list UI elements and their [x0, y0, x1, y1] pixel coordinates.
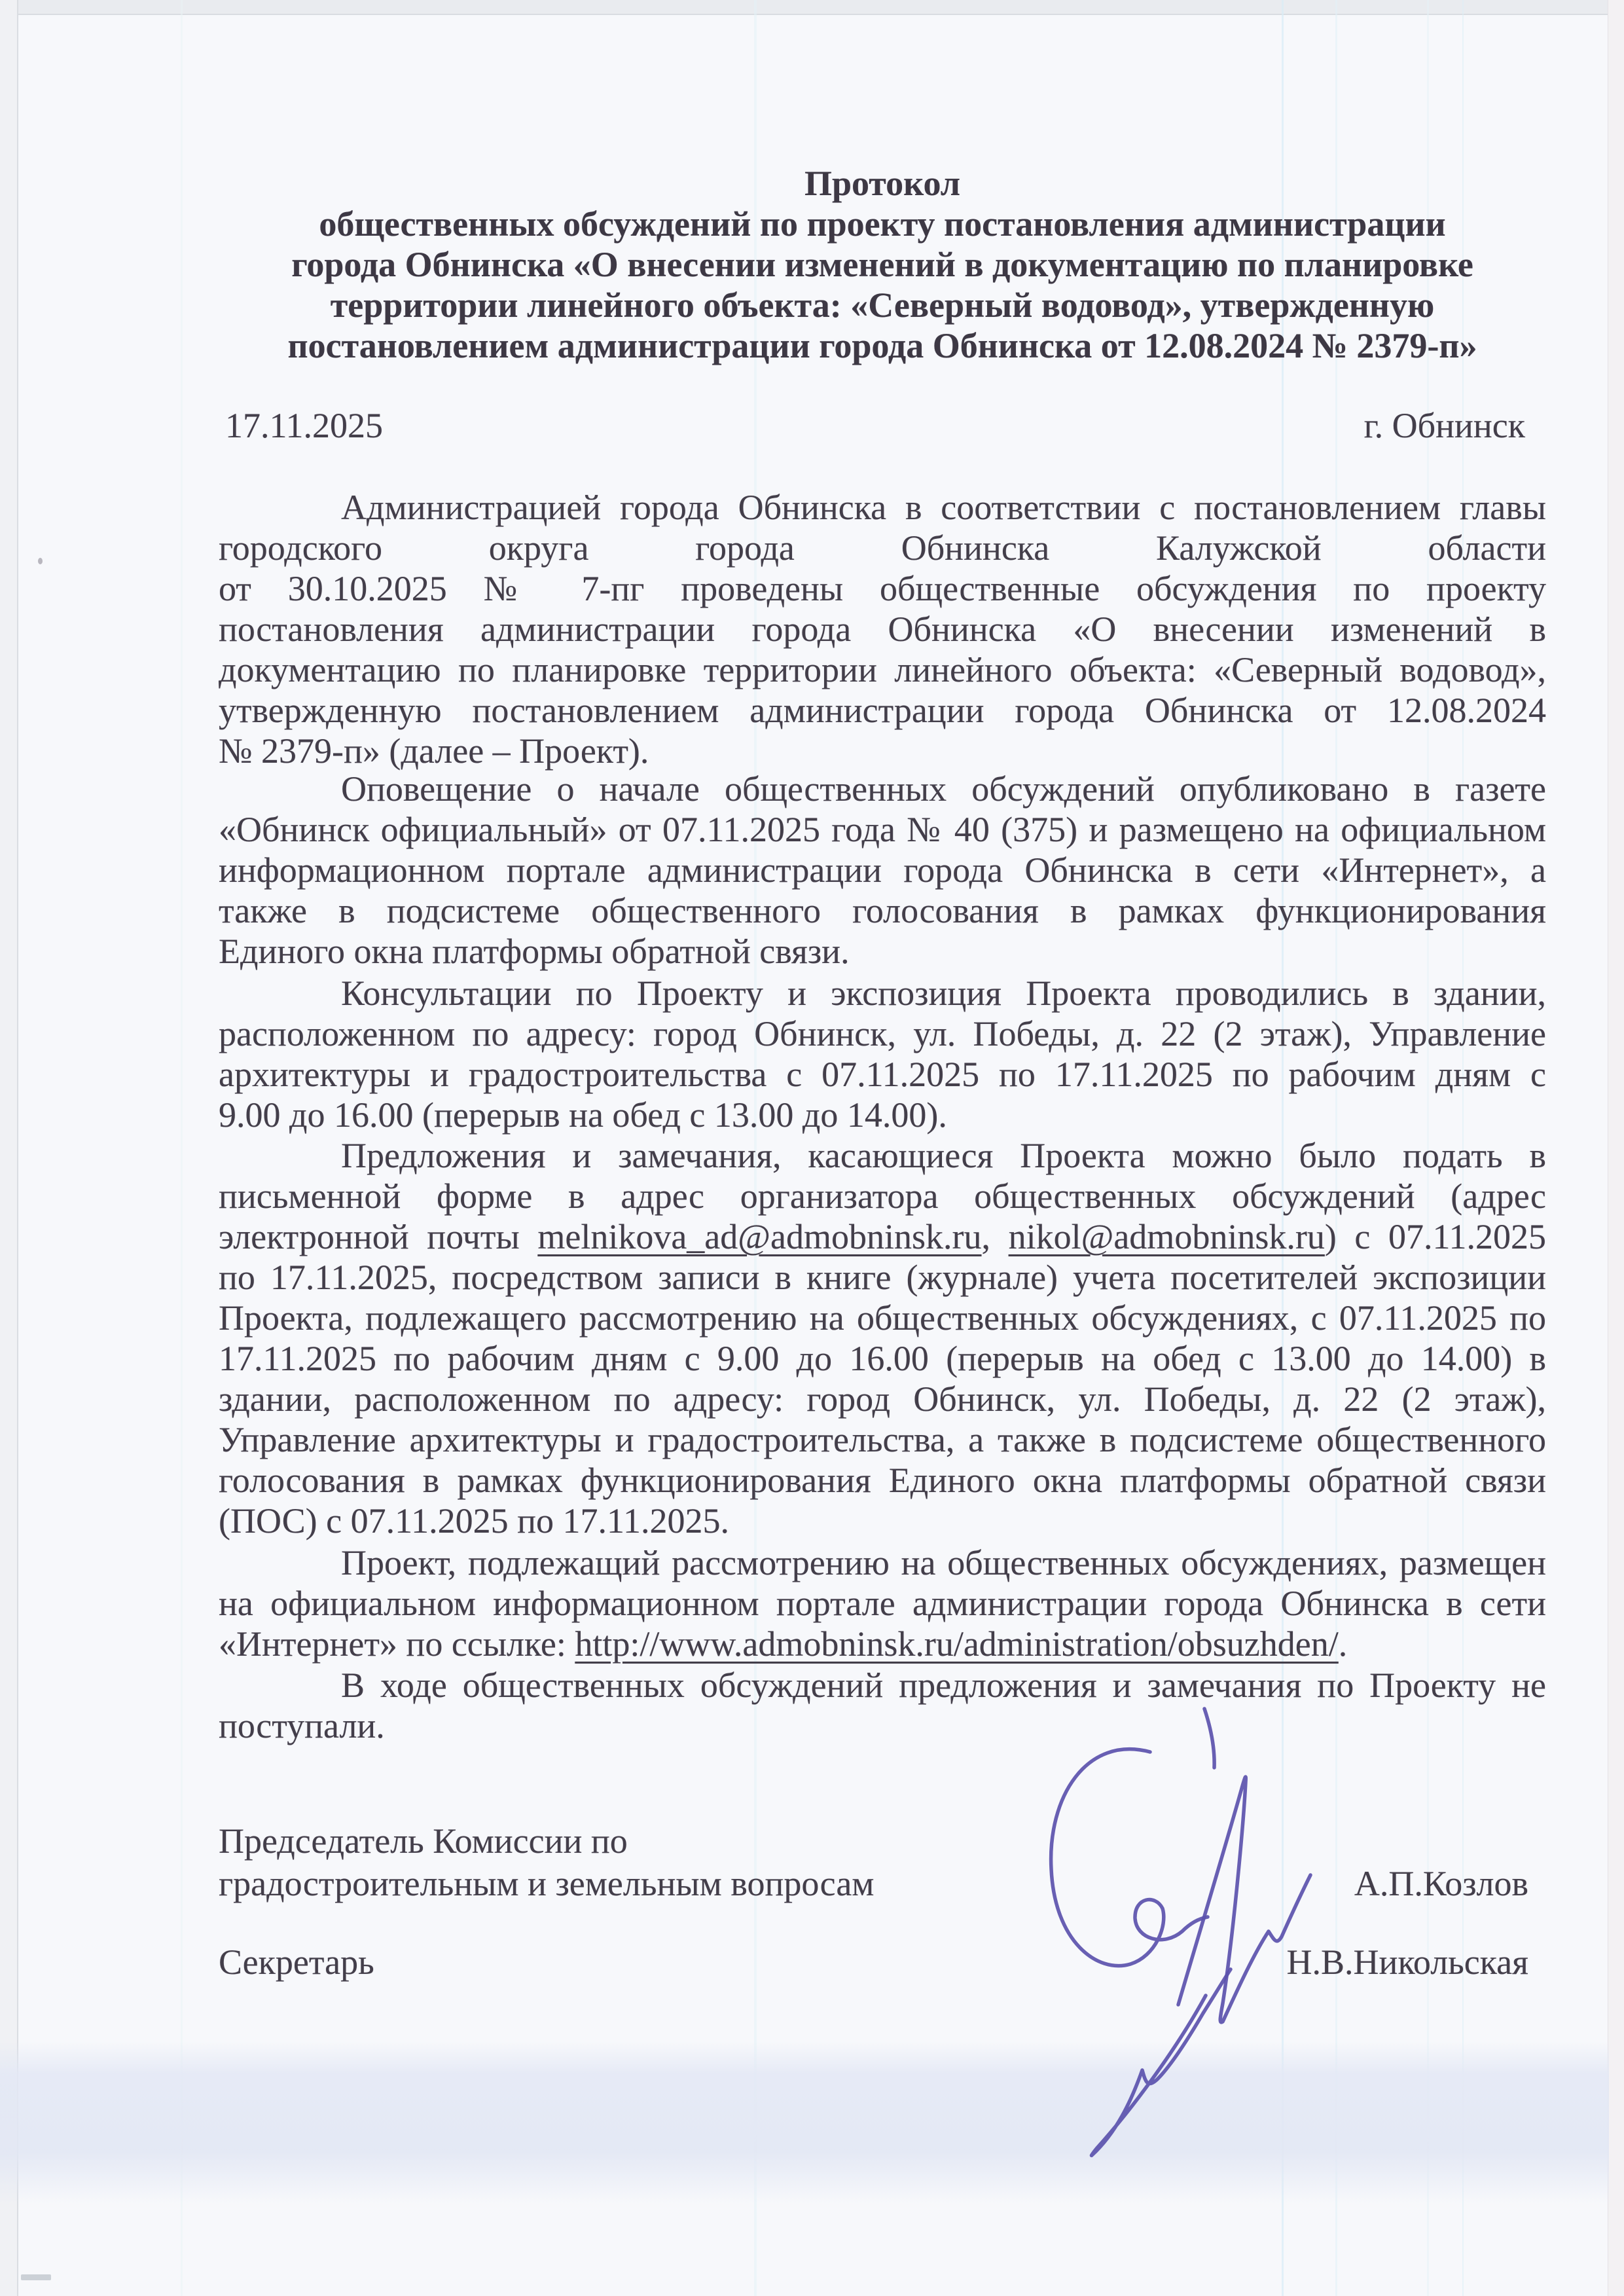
secretary-label: Секретарь [219, 1942, 374, 1982]
body-line: информационном портале администрации гор… [219, 850, 1546, 890]
chair-label-line-1: Председатель Комиссии по [219, 1821, 628, 1861]
paragraph-1: Администрацией города Обнинска в соответ… [219, 487, 1546, 771]
email-address: melnikova_ad@admobninsk.ru [537, 1217, 981, 1256]
scanner-streak [181, 0, 183, 2296]
protocol-date: 17.11.2025 [219, 405, 383, 446]
body-line: по 17.11.2025, посредством записи в книг… [219, 1257, 1546, 1298]
body-line: утвержденную постановлением администраци… [219, 690, 1546, 731]
signature-stroke-spike [1178, 1777, 1310, 2022]
body-line: Консультации по Проекту и экспозиция Про… [219, 973, 1546, 1013]
title-line-2: общественных обсуждений по проекту поста… [219, 204, 1546, 244]
body-text: ) с 07.11.2025 [1325, 1217, 1546, 1256]
dateline: 17.11.2025 г. Обнинск [219, 405, 1546, 446]
body-line-with-url: «Интернет» по ссылке: http://www.admobni… [219, 1624, 1546, 1664]
body-line: Единого окна платформы обратной связи. [219, 931, 1546, 972]
paragraph-2: Оповещение о начале общественных обсужде… [219, 769, 1546, 972]
document-title: Протокол общественных обсуждений по прое… [219, 163, 1546, 366]
email-address: nikol@admobninsk.ru [1009, 1217, 1325, 1256]
body-line: Проект, подлежащий рассмотрению на общес… [219, 1542, 1546, 1583]
paragraph-3: Консультации по Проекту и экспозиция Про… [219, 973, 1546, 1135]
body-line: от 30.10.2025 № 7-пг проведены обществен… [219, 568, 1546, 609]
chair-label-line-2: градостроительным и земельным вопросам [219, 1863, 874, 1904]
protocol-city: г. Обнинск [1364, 405, 1546, 446]
body-line: Оповещение о начале общественных обсужде… [219, 769, 1546, 809]
body-line: № 2379-п» (далее – Проект). [219, 731, 1546, 771]
body-line: здании, расположенном по адресу: город О… [219, 1379, 1546, 1419]
body-line: Проекта, подлежащего рассмотрению на общ… [219, 1298, 1546, 1338]
body-line: архитектуры и градостроительства с 07.11… [219, 1054, 1546, 1095]
body-text: , [981, 1217, 1008, 1256]
signature-stroke-flourish [1091, 1969, 1231, 2155]
scan-speck [38, 558, 43, 564]
title-line-3: города Обнинска «О внесении изменений в … [219, 244, 1546, 285]
body-line: городского округа города Обнинска Калужс… [219, 528, 1546, 568]
signature-stroke-loop [1051, 1749, 1208, 1966]
scan-top-edge [0, 0, 1624, 15]
page-left-edge [0, 0, 18, 2296]
body-line: письменной форме в адрес организатора об… [219, 1176, 1546, 1216]
body-line: также в подсистеме общественного голосов… [219, 890, 1546, 931]
body-text: электронной почты [219, 1217, 537, 1256]
page-right-edge [1608, 0, 1624, 2296]
body-line: 17.11.2025 по рабочим дням с 9.00 до 16.… [219, 1338, 1546, 1379]
body-line: «Обнинск официальный» от 07.11.2025 года… [219, 809, 1546, 850]
title-line-4: территории линейного объекта: «Северный … [219, 285, 1546, 325]
chair-name: А.П.Козлов [1354, 1863, 1528, 1904]
paragraph-5: Проект, подлежащий рассмотрению на общес… [219, 1542, 1546, 1664]
page-corner-mark [21, 2274, 51, 2280]
paragraph-6: В ходе общественных обсуждений предложен… [219, 1665, 1546, 1746]
body-line: (ПОС) с 07.11.2025 по 17.11.2025. [219, 1501, 1546, 1541]
scanned-document-page: Протокол общественных обсуждений по прое… [0, 0, 1624, 2296]
title-line-5: постановлением администрации города Обни… [219, 325, 1546, 366]
body-line: 9.00 до 16.00 (перерыв на обед с 13.00 д… [219, 1095, 1546, 1135]
body-line: поступали. [219, 1705, 1546, 1746]
body-line: Предложения и замечания, касающиеся Прое… [219, 1135, 1546, 1176]
body-line: на официальном информационном портале ад… [219, 1583, 1546, 1624]
body-line: постановления администрации города Обнин… [219, 609, 1546, 649]
title-line-1: Протокол [219, 163, 1546, 204]
body-line: Управление архитектуры и градостроительс… [219, 1419, 1546, 1460]
paragraph-4: Предложения и замечания, касающиеся Прое… [219, 1135, 1546, 1541]
body-line: В ходе общественных обсуждений предложен… [219, 1665, 1546, 1705]
body-line: Администрацией города Обнинска в соответ… [219, 487, 1546, 528]
body-line: расположенном по адресу: город Обнинск, … [219, 1013, 1546, 1054]
document-url: http://www.admobninsk.ru/administration/… [575, 1624, 1338, 1664]
body-text: . [1339, 1624, 1348, 1664]
body-line-with-emails: электронной почты melnikova_ad@admobnins… [219, 1216, 1546, 1257]
scan-bottom-shading [0, 2041, 1609, 2204]
body-text: «Интернет» по ссылке: [219, 1624, 575, 1664]
signature-ink [1034, 1702, 1335, 2187]
body-line: документацию по планировке территории ли… [219, 649, 1546, 690]
signature-stroke-tail [1204, 1709, 1214, 1768]
body-line: голосования в рамках функционирования Ед… [219, 1460, 1546, 1501]
